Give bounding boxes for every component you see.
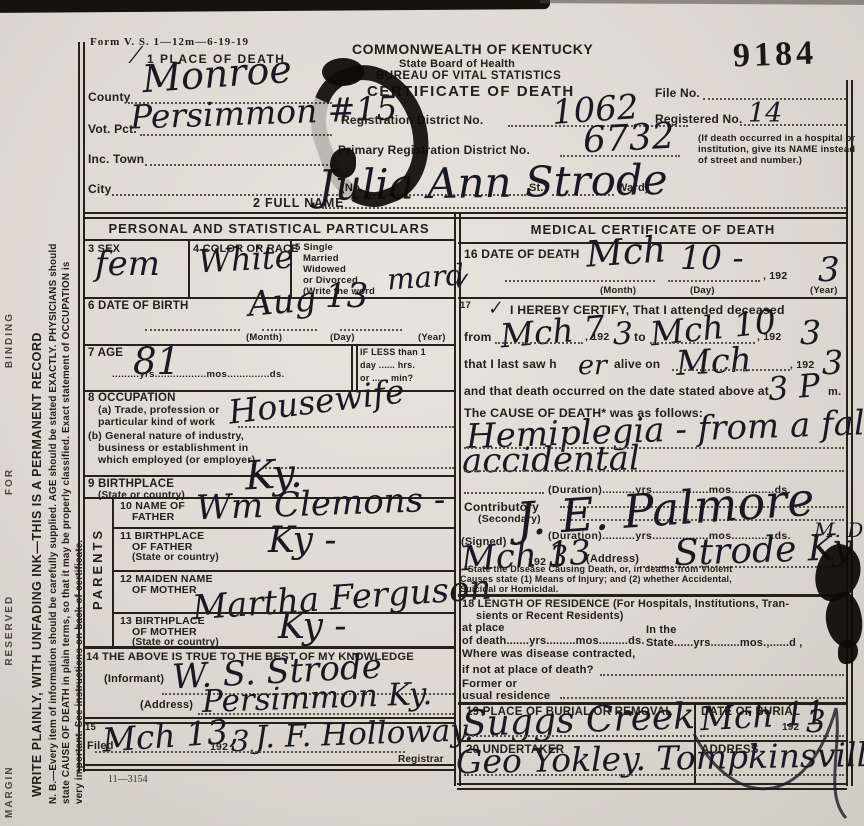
date-of-death-month: Mch	[585, 229, 668, 275]
marital-label-2: Married	[303, 253, 339, 264]
parents-label: PARENTS	[90, 528, 105, 610]
occurred-post-text: m.	[828, 386, 841, 398]
footnote-line3: Suicidal or Homicidal.	[460, 584, 558, 594]
informant-label: (Informant)	[104, 673, 164, 685]
pen-check-16: ✓	[450, 268, 473, 296]
in-the-label: In the	[646, 624, 677, 636]
dod-month-line	[505, 280, 655, 282]
date-of-death-year: 3	[818, 250, 840, 290]
attended-from-year: 3	[613, 316, 633, 352]
dob-day-sublabel: (Day)	[330, 332, 355, 343]
former-label-1: Former or	[462, 678, 517, 690]
to-label: to	[634, 330, 646, 344]
occurred-time: 3 P	[766, 366, 821, 408]
ink-stamp-blot-1	[330, 148, 356, 178]
age-label: 7 AGE	[88, 347, 123, 359]
mother-birthplace-value: Ky -	[278, 606, 347, 647]
marital-label-3: Widowed	[303, 264, 346, 275]
torn-edge-top	[0, 0, 550, 13]
header-divider-rule	[84, 212, 848, 219]
occupation-b-line2: business or establishment in	[98, 442, 248, 454]
bureau-title: BUREAU OF VITAL STATISTICS	[376, 70, 561, 82]
inc-town-label: Inc. Town	[88, 152, 144, 166]
from-192-printed: , 192	[585, 331, 609, 343]
filed-item-number: 15	[85, 722, 96, 733]
at-place-label: at place	[462, 622, 505, 634]
father-name-label-2: FATHER	[132, 511, 174, 523]
if-less-line2: day ...... hrs.	[360, 360, 415, 370]
state-units: State......yrs.........mos.,......d ,	[646, 637, 803, 649]
to-192-printed: , 192	[757, 331, 781, 343]
item-17-number: 17	[460, 300, 471, 311]
occupation-a-line1: (a) Trade, profession or	[98, 404, 220, 416]
cause-line2-rule	[464, 470, 844, 472]
occupation-a-line2: particular kind of work	[98, 416, 215, 428]
commonwealth-title: COMMONWEALTH OF KENTUCKY	[352, 41, 593, 57]
residence-label-1: 18 LENGTH OF RESIDENCE (For Hospitals, I…	[462, 598, 789, 610]
marital-label-1: 5 Single	[295, 242, 333, 253]
occupation-b-line3: which employed (or employer)	[98, 454, 255, 466]
if-not-label: if not at place of death?	[462, 664, 594, 676]
last-saw-date: Mch	[675, 340, 753, 384]
of-death-units: of death.......yrs.........mos.........d…	[462, 635, 645, 647]
dob-day-line	[262, 329, 317, 331]
occupation-label: 8 OCCUPATION	[88, 392, 176, 404]
left-column-bottom-rule	[84, 764, 454, 771]
occupation-b-line1: (b) General nature of industry,	[88, 430, 244, 442]
inc-town-line	[145, 164, 332, 166]
last-saw-pre-text: that I last saw h	[464, 357, 557, 371]
footnote-line2: Causes state (1) Means of Injury; and (2…	[460, 574, 732, 584]
dob-day-value: 13	[325, 276, 368, 316]
cause-of-death-line2: accidental	[462, 438, 640, 481]
footnote-line1: *State the Disease Causing Death, or, in…	[464, 564, 732, 574]
hospital-note: (If death occurred in a hospital or inst…	[698, 133, 856, 166]
dod-192-printed: , 192	[763, 270, 787, 282]
if-not-line	[600, 674, 844, 676]
former-label-2: usual residence	[462, 690, 550, 702]
plate-number: 11—3154	[108, 774, 148, 785]
dob-year-line	[340, 329, 402, 331]
from-label: from	[464, 330, 491, 344]
heavy-rule-under-footnote	[458, 594, 846, 597]
ink-stamp-blot-2	[322, 58, 364, 86]
from-line	[495, 342, 583, 344]
file-no-label: File No.	[655, 86, 700, 100]
last-saw-her: er	[578, 350, 607, 381]
mother-name-label-2: OF MOTHER	[132, 584, 197, 596]
sex-color-divider	[188, 240, 190, 297]
residence-label-2: sients or Recent Residents)	[476, 610, 624, 622]
father-birthplace-value: Ky -	[268, 520, 337, 561]
father-birthplace-label-3: (State or country)	[132, 552, 219, 563]
heavy-rule-under-parents	[84, 646, 454, 649]
birthplace-label: 9 BIRTHPLACE	[88, 478, 174, 490]
personal-section-title: PERSONAL AND STATISTICAL PARTICULARS	[84, 221, 454, 236]
dob-year-sublabel: (Year)	[418, 332, 446, 343]
occupation-a-line	[238, 426, 454, 428]
margin-nb-line1: N. B.—Every item of information should b…	[48, 243, 59, 804]
city-label: City	[88, 182, 111, 196]
dob-month-value: Aug	[246, 279, 317, 325]
dod-day-line	[668, 280, 760, 282]
sex-value: fem	[95, 244, 160, 284]
occurred-pre-text: and that death occurred on the date stat…	[464, 384, 769, 398]
date-of-death-day: 10 -	[680, 238, 744, 277]
margin-nb-line2: state CAUSE OF DEATH in plain terms, so …	[61, 261, 72, 804]
age-units: .........yrs.................mos........…	[112, 369, 285, 380]
where-contracted-label: Where was disease contracted,	[462, 648, 635, 660]
filed-line	[95, 751, 405, 753]
board-of-health-title: State Board of Health	[399, 58, 515, 70]
certificate-number-stamp: 9184	[732, 35, 817, 76]
if-less-line1: IF LESS than 1	[360, 347, 426, 357]
rule-under-father-bp	[112, 570, 454, 572]
registrar-signature: J. F. Holloway.	[254, 712, 474, 756]
margin-write-plainly-note: WRITE PLAINLY, WITH UNFADING INK—THIS IS…	[30, 332, 44, 797]
dob-label: 6 DATE OF BIRTH	[88, 300, 189, 312]
pen-flourish-stroke	[688, 686, 862, 824]
dob-month-line	[145, 329, 240, 331]
date-of-death-label: 16 DATE OF DEATH	[464, 247, 579, 261]
death-certificate-scan: MARGIN RESERVED FOR BINDING WRITE PLAINL…	[0, 0, 864, 826]
torn-edge-top-right	[540, 0, 864, 5]
last-saw-year: 3	[822, 343, 843, 382]
form-left-border	[78, 42, 85, 772]
burial-place-line	[464, 735, 690, 737]
dod-year-sublabel: (Year)	[810, 285, 838, 296]
margin-binding-note: MARGIN RESERVED FOR BINDING	[4, 312, 15, 818]
dob-month-sublabel: (Month)	[246, 332, 282, 343]
pen-slash-mark: ⁄	[134, 44, 138, 69]
registered-no-value: 14	[748, 98, 782, 129]
dod-month-sublabel: (Month)	[600, 285, 636, 296]
informant-address-label: (Address)	[140, 699, 193, 711]
ink-blot-3	[838, 640, 858, 664]
dod-day-sublabel: (Day)	[690, 285, 715, 296]
rule-under-dod	[458, 297, 846, 299]
parents-box-divider	[112, 497, 114, 647]
attended-to-year: 3	[800, 313, 821, 352]
occupation-a-value: Housewife	[226, 371, 406, 431]
county-label: County	[88, 90, 131, 104]
last-saw-post-text: alive on	[614, 357, 660, 371]
form-number: Form V. S. 1—12m—6-19-19	[90, 36, 249, 48]
color-race-value: White	[197, 238, 294, 281]
